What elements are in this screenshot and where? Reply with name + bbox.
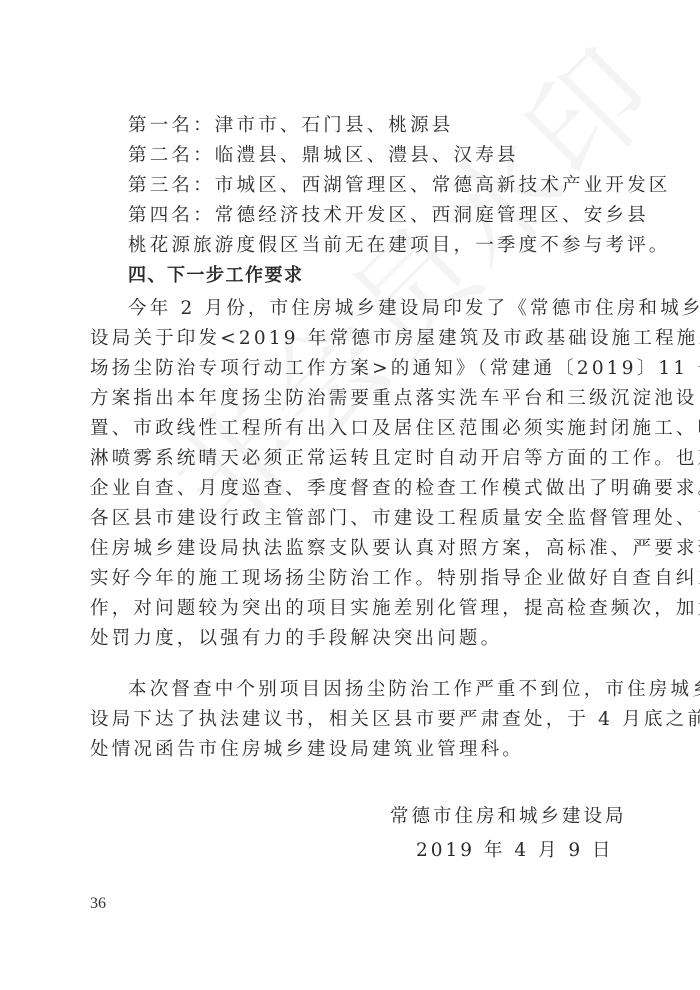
signature-organization: 常德市住房和城乡建设局 xyxy=(390,800,627,834)
exemption-note: 桃花源旅游度假区当前无在建项目，一季度不参与考评。 xyxy=(92,231,612,261)
paragraph-line: 处罚力度，以强有力的手段解决突出问题。 xyxy=(90,624,612,654)
section-heading: 四、下一步工作要求 xyxy=(92,261,612,291)
rankings-block: 第一名：津市市、石门县、桃源县 第二名：临澧县、鼎城区、澧县、汉寿县 第三名：市… xyxy=(92,111,612,291)
paragraph-line: 作，对问题较为突出的项目实施差别化管理，提高检查频次，加大 xyxy=(90,594,612,624)
paragraph-line: 企业自查、月度巡查、季度督查的检查工作模式做出了明确要求。 xyxy=(90,474,612,504)
paragraph-line: 各区县市建设行政主管部门、市建设工程质量安全监督管理处、市 xyxy=(90,504,612,534)
paragraph-line: 住房城乡建设局执法监察支队要认真对照方案，高标准、严要求落 xyxy=(90,534,612,564)
ranking-second: 第二名：临澧县、鼎城区、澧县、汉寿县 xyxy=(92,141,612,171)
page-number: 36 xyxy=(90,895,106,913)
paragraph-line: 置、市政线性工程所有出入口及居住区范围必须实施封闭施工、喷 xyxy=(90,414,612,444)
paragraph-line: 场扬尘防治专项行动工作方案>的通知》（常建通〔2019〕11 号）， xyxy=(90,354,612,384)
signature-block: 常德市住房和城乡建设局 2019 年 4 月 9 日 xyxy=(390,800,627,868)
paragraph-line: 淋喷雾系统晴天必须正常运转且定时自动开启等方面的工作。也对 xyxy=(90,444,612,474)
ranking-fourth: 第四名：常德经济技术开发区、西洞庭管理区、安乡县 xyxy=(92,201,612,231)
paragraph-line: 设局下达了执法建议书，相关区县市要严肃查处，于 4 月底之前将查 xyxy=(90,705,612,735)
paragraph-line: 本次督查中个别项目因扬尘防治工作严重不到位，市住房城乡建 xyxy=(92,675,612,705)
ranking-third: 第三名：市城区、西湖管理区、常德高新技术产业开发区 xyxy=(92,171,612,201)
paragraph-line: 方案指出本年度扬尘防治需要重点落实洗车平台和三级沉淀池设 xyxy=(90,384,612,414)
paragraph-line: 实好今年的施工现场扬尘防治工作。特别指导企业做好自查自纠工 xyxy=(90,564,612,594)
ranking-first: 第一名：津市市、石门县、桃源县 xyxy=(92,111,612,141)
document-page: 非会员水印 第一名：津市市、石门县、桃源县 第二名：临澧县、鼎城区、澧县、汉寿县… xyxy=(0,0,700,990)
paragraph-line: 处情况函告市住房城乡建设局建筑业管理科。 xyxy=(90,735,612,765)
paragraph-enforcement: 本次督查中个别项目因扬尘防治工作严重不到位，市住房城乡建 设局下达了执法建议书，… xyxy=(92,675,612,765)
paragraph-requirements: 今年 2 月份，市住房城乡建设局印发了《常德市住房和城乡建 设局关于印发<201… xyxy=(92,294,612,654)
paragraph-line: 今年 2 月份，市住房城乡建设局印发了《常德市住房和城乡建 xyxy=(92,294,612,324)
signature-date: 2019 年 4 月 9 日 xyxy=(390,834,627,868)
paragraph-line: 设局关于印发<2019 年常德市房屋建筑及市政基础设施工程施工现 xyxy=(90,324,612,354)
